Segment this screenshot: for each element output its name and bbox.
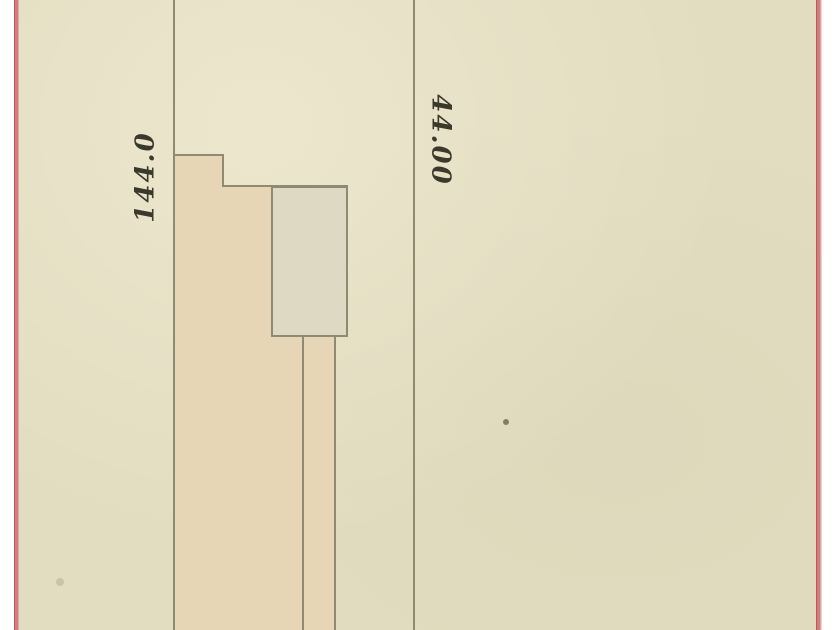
narrow-wing-right-edge <box>334 337 336 630</box>
property-line-right <box>413 0 415 630</box>
property-line-left <box>173 0 175 630</box>
map-paper <box>16 0 822 630</box>
frontage-label-left: 144.0 <box>131 131 161 222</box>
survey-mark <box>503 419 509 425</box>
main-building-step-vertical <box>222 154 224 187</box>
frontage-label-right: 44.00 <box>426 94 456 185</box>
main-building-top-edge <box>175 154 224 156</box>
map-border-left <box>14 0 19 630</box>
map-sheet: 144.0 44.00 <box>0 0 840 630</box>
narrow-wing-left-edge <box>302 337 304 630</box>
map-border-right <box>816 0 821 630</box>
narrow-wing <box>303 337 335 630</box>
paper-smudge <box>56 578 64 586</box>
annex-building <box>271 186 348 337</box>
